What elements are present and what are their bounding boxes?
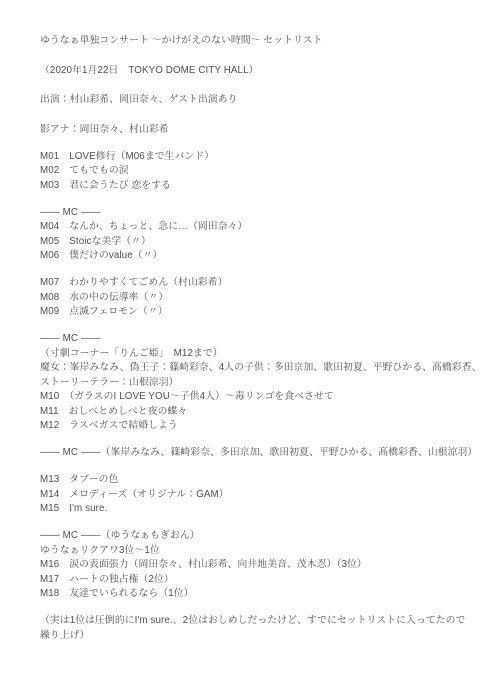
- setlist-line-m17: M17 ハートの独占権（2位）: [40, 573, 470, 588]
- skit-roles-line-1: 魔女：峯岸みなみ、偽王子：篠崎彩奈、4人の子供：多田京加、歌田初夏、平野ひかる、…: [40, 361, 470, 376]
- mc-guests-line: ―― MC ――（峯岸みなみ、篠崎彩奈、多田京加、歌田初夏、平野ひかる、髙橋彩香…: [40, 446, 470, 461]
- setlist-line-m14: M14 メロディーズ（オリジナル：GAM）: [40, 488, 470, 503]
- cast-line: 出演：村山彩希、岡田奈々、ゲスト出演あり: [40, 93, 470, 108]
- date-venue-line: （2020年1月22日 TOKYO DOME CITY HALL）: [40, 64, 470, 79]
- setlist-line-m10: M10 （ガラスのI LOVE YOU〜子供4人）〜毒リンゴを食べさせて: [40, 390, 470, 405]
- shadow-announcer-line: 影アナ：岡田奈々、村山彩希: [40, 123, 470, 138]
- setlist-line-m07: M07 わかりやすくてごめん（村山彩希）: [40, 276, 470, 291]
- footnote-line-2: 繰り上げ）: [40, 629, 470, 644]
- setlist-line-m12: M12 ラスベガスで結婚しよう: [40, 419, 470, 434]
- setlist-line-m03: M03 君に会うたび 恋をする: [40, 179, 470, 194]
- setlist-line-m11: M11 おしべとめしべと夜の蝶々: [40, 405, 470, 420]
- setlist-line-m04: M04 なんか、ちょっと、急に…（岡田奈々）: [40, 220, 470, 235]
- setlist-block-mid-songs: M13 タブーの色 M14 メロディーズ（オリジナル：GAM） M15 I'm …: [40, 473, 470, 517]
- skit-roles-line-2: ストーリーテラー：山根涼羽）: [40, 376, 470, 391]
- setlist-line-m18: M18 友達でいられるなら（1位）: [40, 587, 470, 602]
- setlist-line-m06: M06 僕だけのvalue（〃）: [40, 249, 470, 264]
- setlist-document: ゆうなぁ単独コンサート 〜かけがえのない時間〜 セットリスト （2020年1月2…: [0, 0, 480, 643]
- skit-corner-line: （寸劇コーナー「りんご姫」 M12まで）: [40, 347, 470, 362]
- setlist-block-opening: M01 LOVE修行（M06まで生バンド） M02 てもでもの涙 M03 君に会…: [40, 150, 470, 194]
- setlist-block-request-hour: ―― MC ――（ゆうなぁもぎおん） ゆうなぁリクアワ3位〜1位 M16 涙の表…: [40, 529, 470, 602]
- setlist-block-murayama-solo: M07 わかりやすくてごめん（村山彩希） M08 水の中の伝導率（〃） M09 …: [40, 276, 470, 320]
- mc-divider-line: ―― MC ――: [40, 332, 470, 347]
- setlist-line-m09: M09 点滅フェロモン（〃）: [40, 305, 470, 320]
- setlist-line-m16: M16 涙の表面張力（岡田奈々、村山彩希、向井地美音、茂木忍）（3位）: [40, 558, 470, 573]
- concert-title: ゆうなぁ単独コンサート 〜かけがえのない時間〜 セットリスト: [40, 34, 470, 49]
- setlist-line-m08: M08 水の中の伝導率（〃）: [40, 291, 470, 306]
- setlist-block-skit: ―― MC ―― （寸劇コーナー「りんご姫」 M12まで） 魔女：峯岸みなみ、偽…: [40, 332, 470, 434]
- setlist-block-footnote: （実は1位は圧倒的にI'm sure.、2位はおしめしだったけど、すでにセットリ…: [40, 614, 470, 643]
- mc-yuunaa-line: ―― MC ――（ゆうなぁもぎおん）: [40, 529, 470, 544]
- setlist-block-mc-guests: ―― MC ――（峯岸みなみ、篠崎彩奈、多田京加、歌田初夏、平野ひかる、髙橋彩香…: [40, 446, 470, 461]
- footnote-line-1: （実は1位は圧倒的にI'm sure.、2位はおしめしだったけど、すでにセットリ…: [40, 614, 470, 629]
- setlist-line-m01: M01 LOVE修行（M06まで生バンド）: [40, 150, 470, 165]
- setlist-line-m15: M15 I'm sure.: [40, 502, 470, 517]
- setlist-line-m02: M02 てもでもの涙: [40, 164, 470, 179]
- mc-divider-line: ―― MC ――: [40, 206, 470, 221]
- request-hour-heading: ゆうなぁリクアワ3位〜1位: [40, 544, 470, 559]
- setlist-block-mc1: ―― MC ―― M04 なんか、ちょっと、急に…（岡田奈々） M05 Stoi…: [40, 206, 470, 264]
- setlist-line-m05: M05 Stoicな美学（〃）: [40, 235, 470, 250]
- setlist-line-m13: M13 タブーの色: [40, 473, 470, 488]
